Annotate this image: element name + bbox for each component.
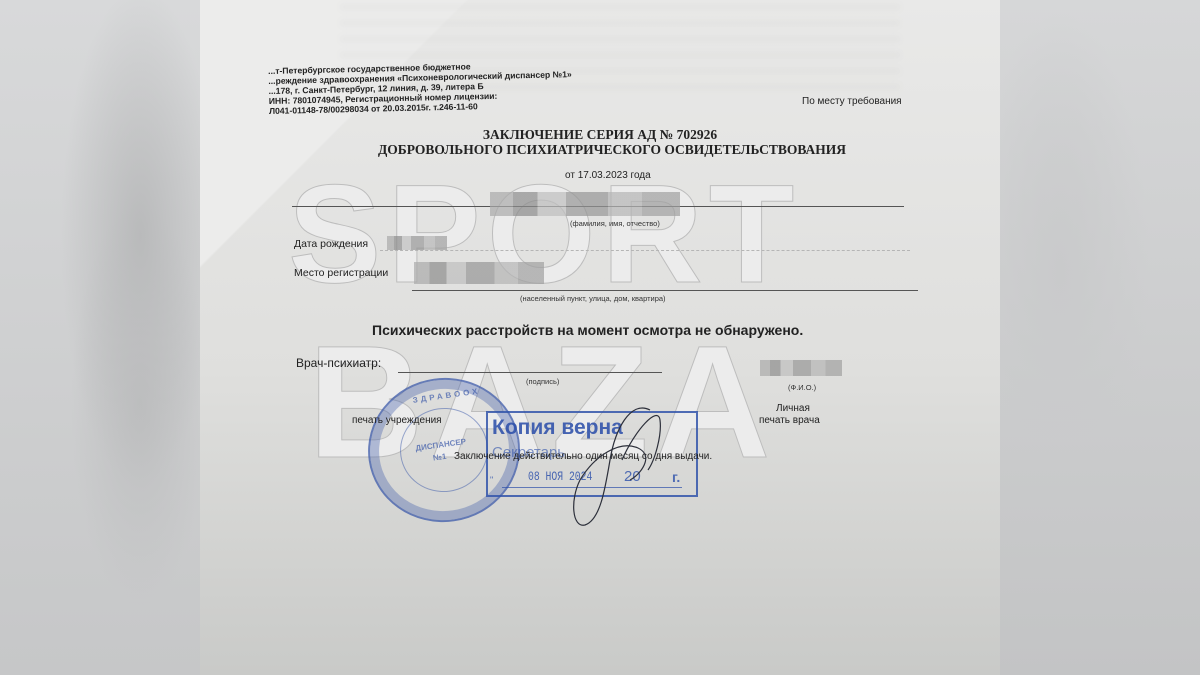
destination-text: По месту требования	[802, 96, 902, 107]
registration-label: Место регистрации	[294, 267, 388, 279]
stamp-top-text: ЗДРАВООХ	[412, 386, 481, 404]
doctor-fio-caption: (Ф.И.О.)	[788, 383, 816, 392]
handwritten-signature	[560, 400, 670, 530]
address-caption: (населенный пункт, улица, дом, квартира)	[520, 294, 666, 303]
copy-stamp-year-suffix: г.	[672, 469, 680, 485]
background-right	[1000, 0, 1200, 675]
address-line	[412, 290, 918, 291]
stamp-number: №1	[432, 452, 446, 463]
document-date: от 17.03.2023 года	[565, 170, 651, 181]
doctor-label: Врач-психиатр:	[296, 356, 381, 370]
redacted-doctor-fio	[760, 360, 842, 376]
document-page: SPORT BAZA ...т-Петербургское государств…	[200, 0, 1000, 675]
redacted-fio	[490, 192, 680, 216]
institution-header: ...т-Петербургское государственное бюдже…	[268, 59, 589, 116]
fio-caption: (фамилия, имя, отчество)	[570, 219, 660, 228]
birth-date-label: Дата рождения	[294, 238, 368, 250]
birth-date-line	[380, 250, 910, 251]
signature-line	[398, 372, 662, 373]
personal-stamp-label: печать врача	[759, 415, 820, 426]
signature-caption: (подпись)	[526, 377, 559, 386]
background-left	[0, 0, 200, 675]
redacted-address	[414, 262, 544, 284]
personal-stamp-label: Личная	[776, 403, 810, 414]
copy-stamp-quote: "	[490, 475, 493, 485]
conclusion-text: Психических расстройств на момент осмотр…	[372, 322, 803, 338]
institution-stamp-label: печать учреждения	[352, 415, 442, 426]
document-subtitle: ДОБРОВОЛЬНОГО ПСИХИАТРИЧЕСКОГО ОСВИДЕТЕЛ…	[212, 142, 1000, 158]
watermark-line1: SPORT	[288, 164, 800, 304]
redacted-birth-date	[387, 236, 447, 250]
document-title: ЗАКЛЮЧЕНИЕ СЕРИЯ АД № 702926	[200, 127, 1000, 143]
